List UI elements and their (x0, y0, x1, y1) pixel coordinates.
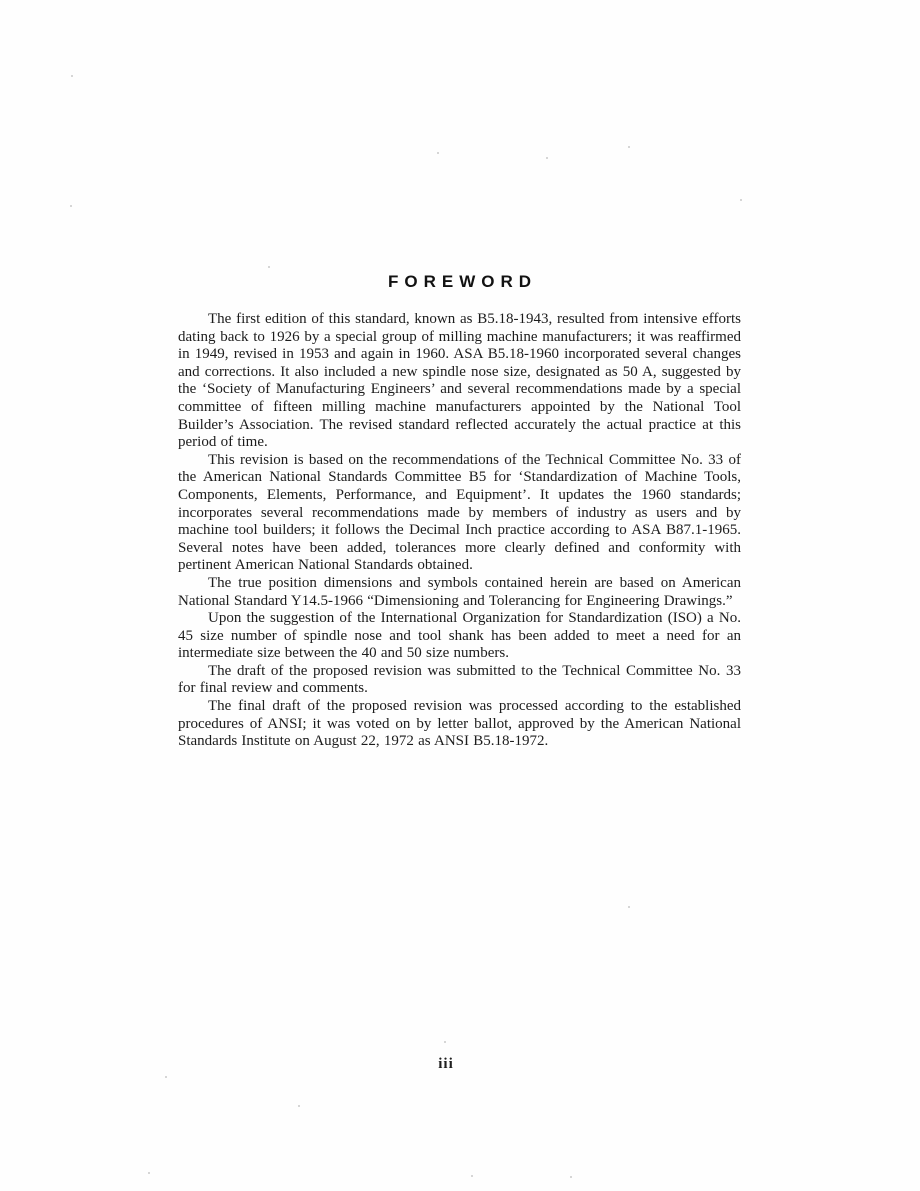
body-text: The first edition of this standard, know… (178, 311, 741, 751)
paragraph-6: The final draft of the proposed revision… (178, 698, 741, 751)
scan-speck (546, 157, 548, 159)
scan-speck (148, 1172, 150, 1174)
paragraph-1: The first edition of this standard, know… (178, 311, 741, 452)
scan-speck (70, 205, 72, 207)
paragraph-2: This revision is based on the recommenda… (178, 452, 741, 575)
scan-speck (570, 1176, 572, 1178)
paragraph-4: Upon the suggestion of the International… (178, 610, 741, 663)
scan-speck (71, 75, 73, 77)
page-number: iii (0, 1056, 892, 1073)
scan-speck (298, 1105, 300, 1107)
paragraph-5: The draft of the proposed revision was s… (178, 663, 741, 698)
scan-speck (740, 199, 742, 201)
scan-speck (628, 906, 630, 908)
scan-speck (437, 152, 439, 154)
scan-speck (165, 1076, 167, 1078)
scan-speck (471, 1175, 473, 1177)
scan-speck (268, 266, 270, 268)
paragraph-3: The true position dimensions and symbols… (178, 575, 741, 610)
page-title: FOREWORD (178, 272, 741, 292)
scan-speck (628, 146, 630, 148)
scan-speck (444, 1041, 446, 1043)
document-page: FOREWORD The first edition of this stand… (0, 0, 920, 1191)
